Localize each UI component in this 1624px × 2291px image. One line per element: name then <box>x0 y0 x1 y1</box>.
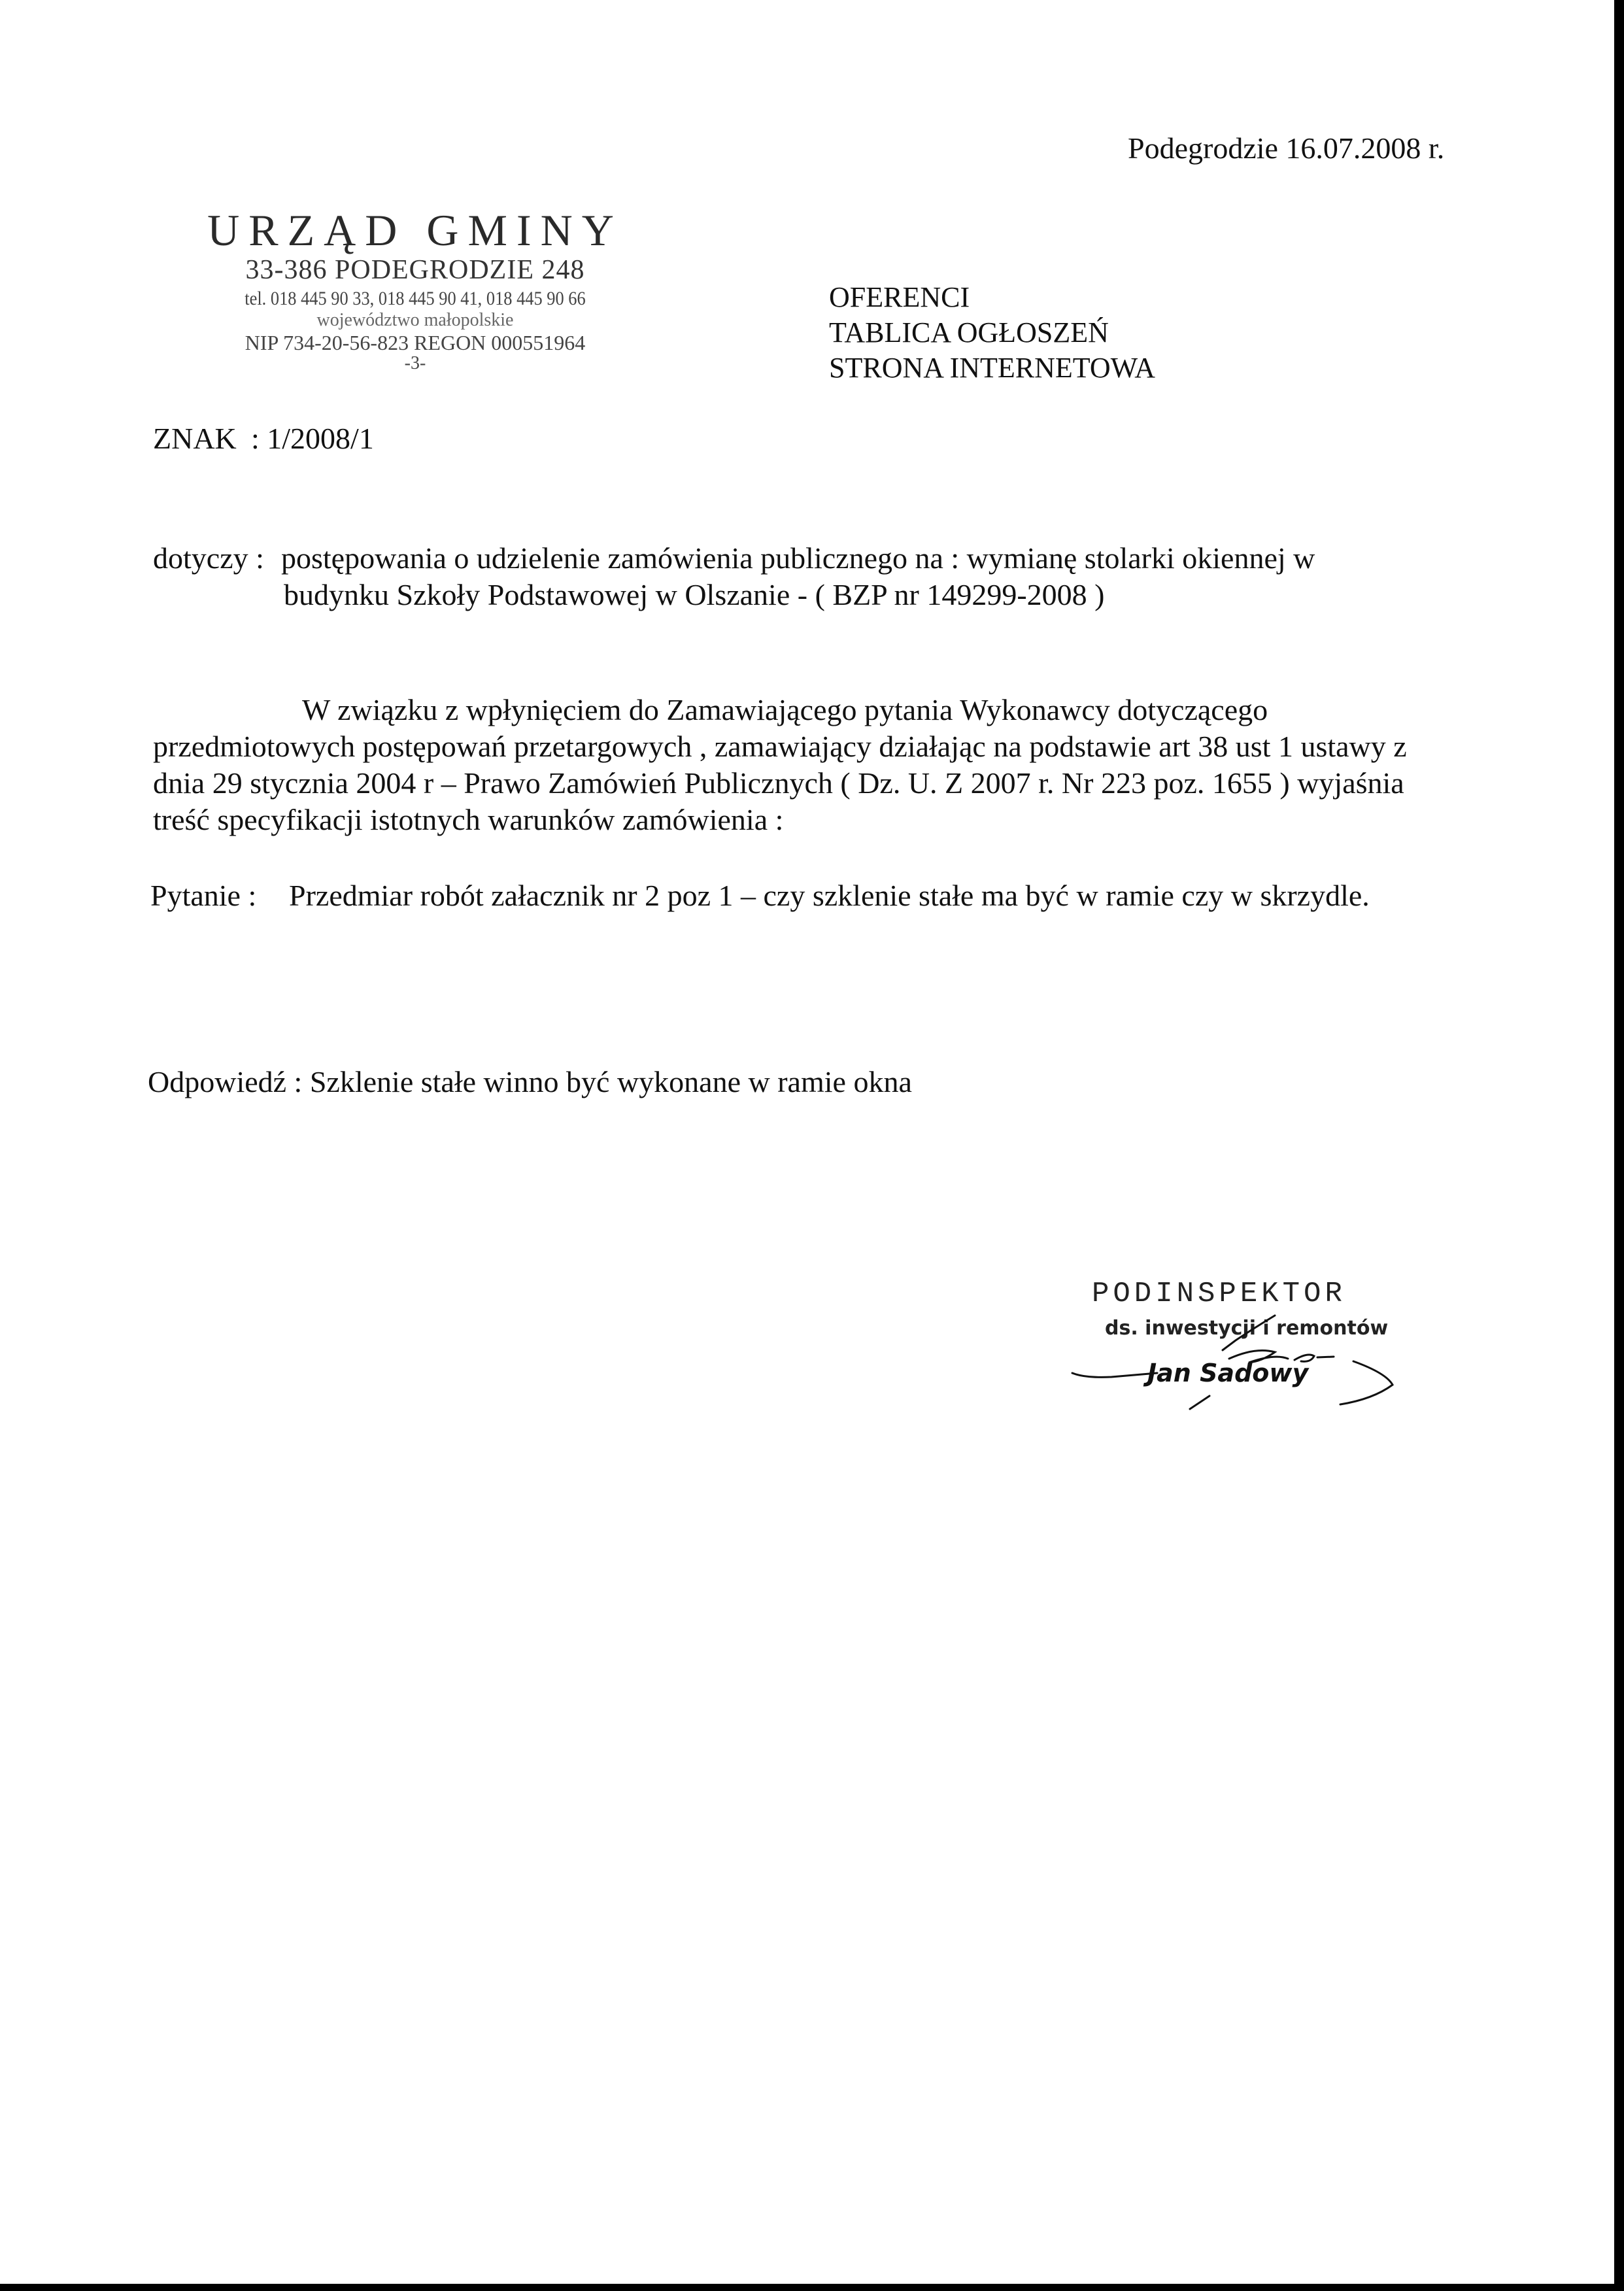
signature-block: PODINSPEKTOR ds. inwestycji i remontów J… <box>1072 1275 1399 1406</box>
recipient: STRONA INTERNETOWA <box>829 350 1155 386</box>
recipient: TABLICA OGŁOSZEŃ <box>829 315 1155 350</box>
reference-separator: : <box>251 422 260 455</box>
stamp-voivodeship: województwo małopolskie <box>190 311 641 330</box>
subject-line-2: budynku Szkoły Podstawowej w Olszanie - … <box>153 577 1461 613</box>
reference-label: ZNAK <box>153 421 251 456</box>
subject-label: dotyczy : <box>153 540 281 577</box>
stamp-address: 33-386 PODEGRODZIE 248 <box>190 256 641 284</box>
stamp-number: -3- <box>190 354 641 373</box>
reference-number: ZNAK: 1/2008/1 <box>153 421 374 456</box>
handwritten-signature-icon <box>1059 1275 1412 1419</box>
body-text: W związku z wpłynięciem do Zamawiającego… <box>153 693 1407 836</box>
recipients-list: OFERENCI TABLICA OGŁOSZEŃ STRONA INTERNE… <box>829 280 1155 386</box>
answer: Odpowiedź : Szklenie stałe winno być wyk… <box>148 1064 912 1099</box>
subject-line-1: postępowania o udzielenie zamówienia pub… <box>281 541 1315 575</box>
question-label: Pytanie : <box>150 877 289 914</box>
question: Pytanie :Przedmiar robót załacznik nr 2 … <box>150 877 1445 914</box>
stamp-title: URZĄD GMINY <box>190 208 641 252</box>
reference-value: 1/2008/1 <box>267 422 374 455</box>
stamp-ids: NIP 734-20-56-823 REGON 000551964 <box>190 332 641 353</box>
scan-border-bottom <box>0 2284 1624 2291</box>
question-text: Przedmiar robót załacznik nr 2 poz 1 – c… <box>289 879 1370 912</box>
stamp-phones: tel. 018 445 90 33, 018 445 90 41, 018 4… <box>216 289 613 309</box>
answer-label: Odpowiedź : <box>148 1065 302 1098</box>
scan-border-right <box>1614 0 1624 2291</box>
subject: dotyczy :postępowania o udzielenie zamów… <box>153 540 1461 613</box>
answer-text: Szklenie stałe winno być wykonane w rami… <box>310 1065 912 1098</box>
recipient: OFERENCI <box>829 280 1155 315</box>
body-paragraph: W związku z wpłynięciem do Zamawiającego… <box>153 692 1447 838</box>
office-stamp: URZĄD GMINY 33-386 PODEGRODZIE 248 tel. … <box>190 208 641 373</box>
place-date: Podegrodzie 16.07.2008 r. <box>1128 131 1444 165</box>
document-page: Podegrodzie 16.07.2008 r. URZĄD GMINY 33… <box>0 0 1624 2291</box>
